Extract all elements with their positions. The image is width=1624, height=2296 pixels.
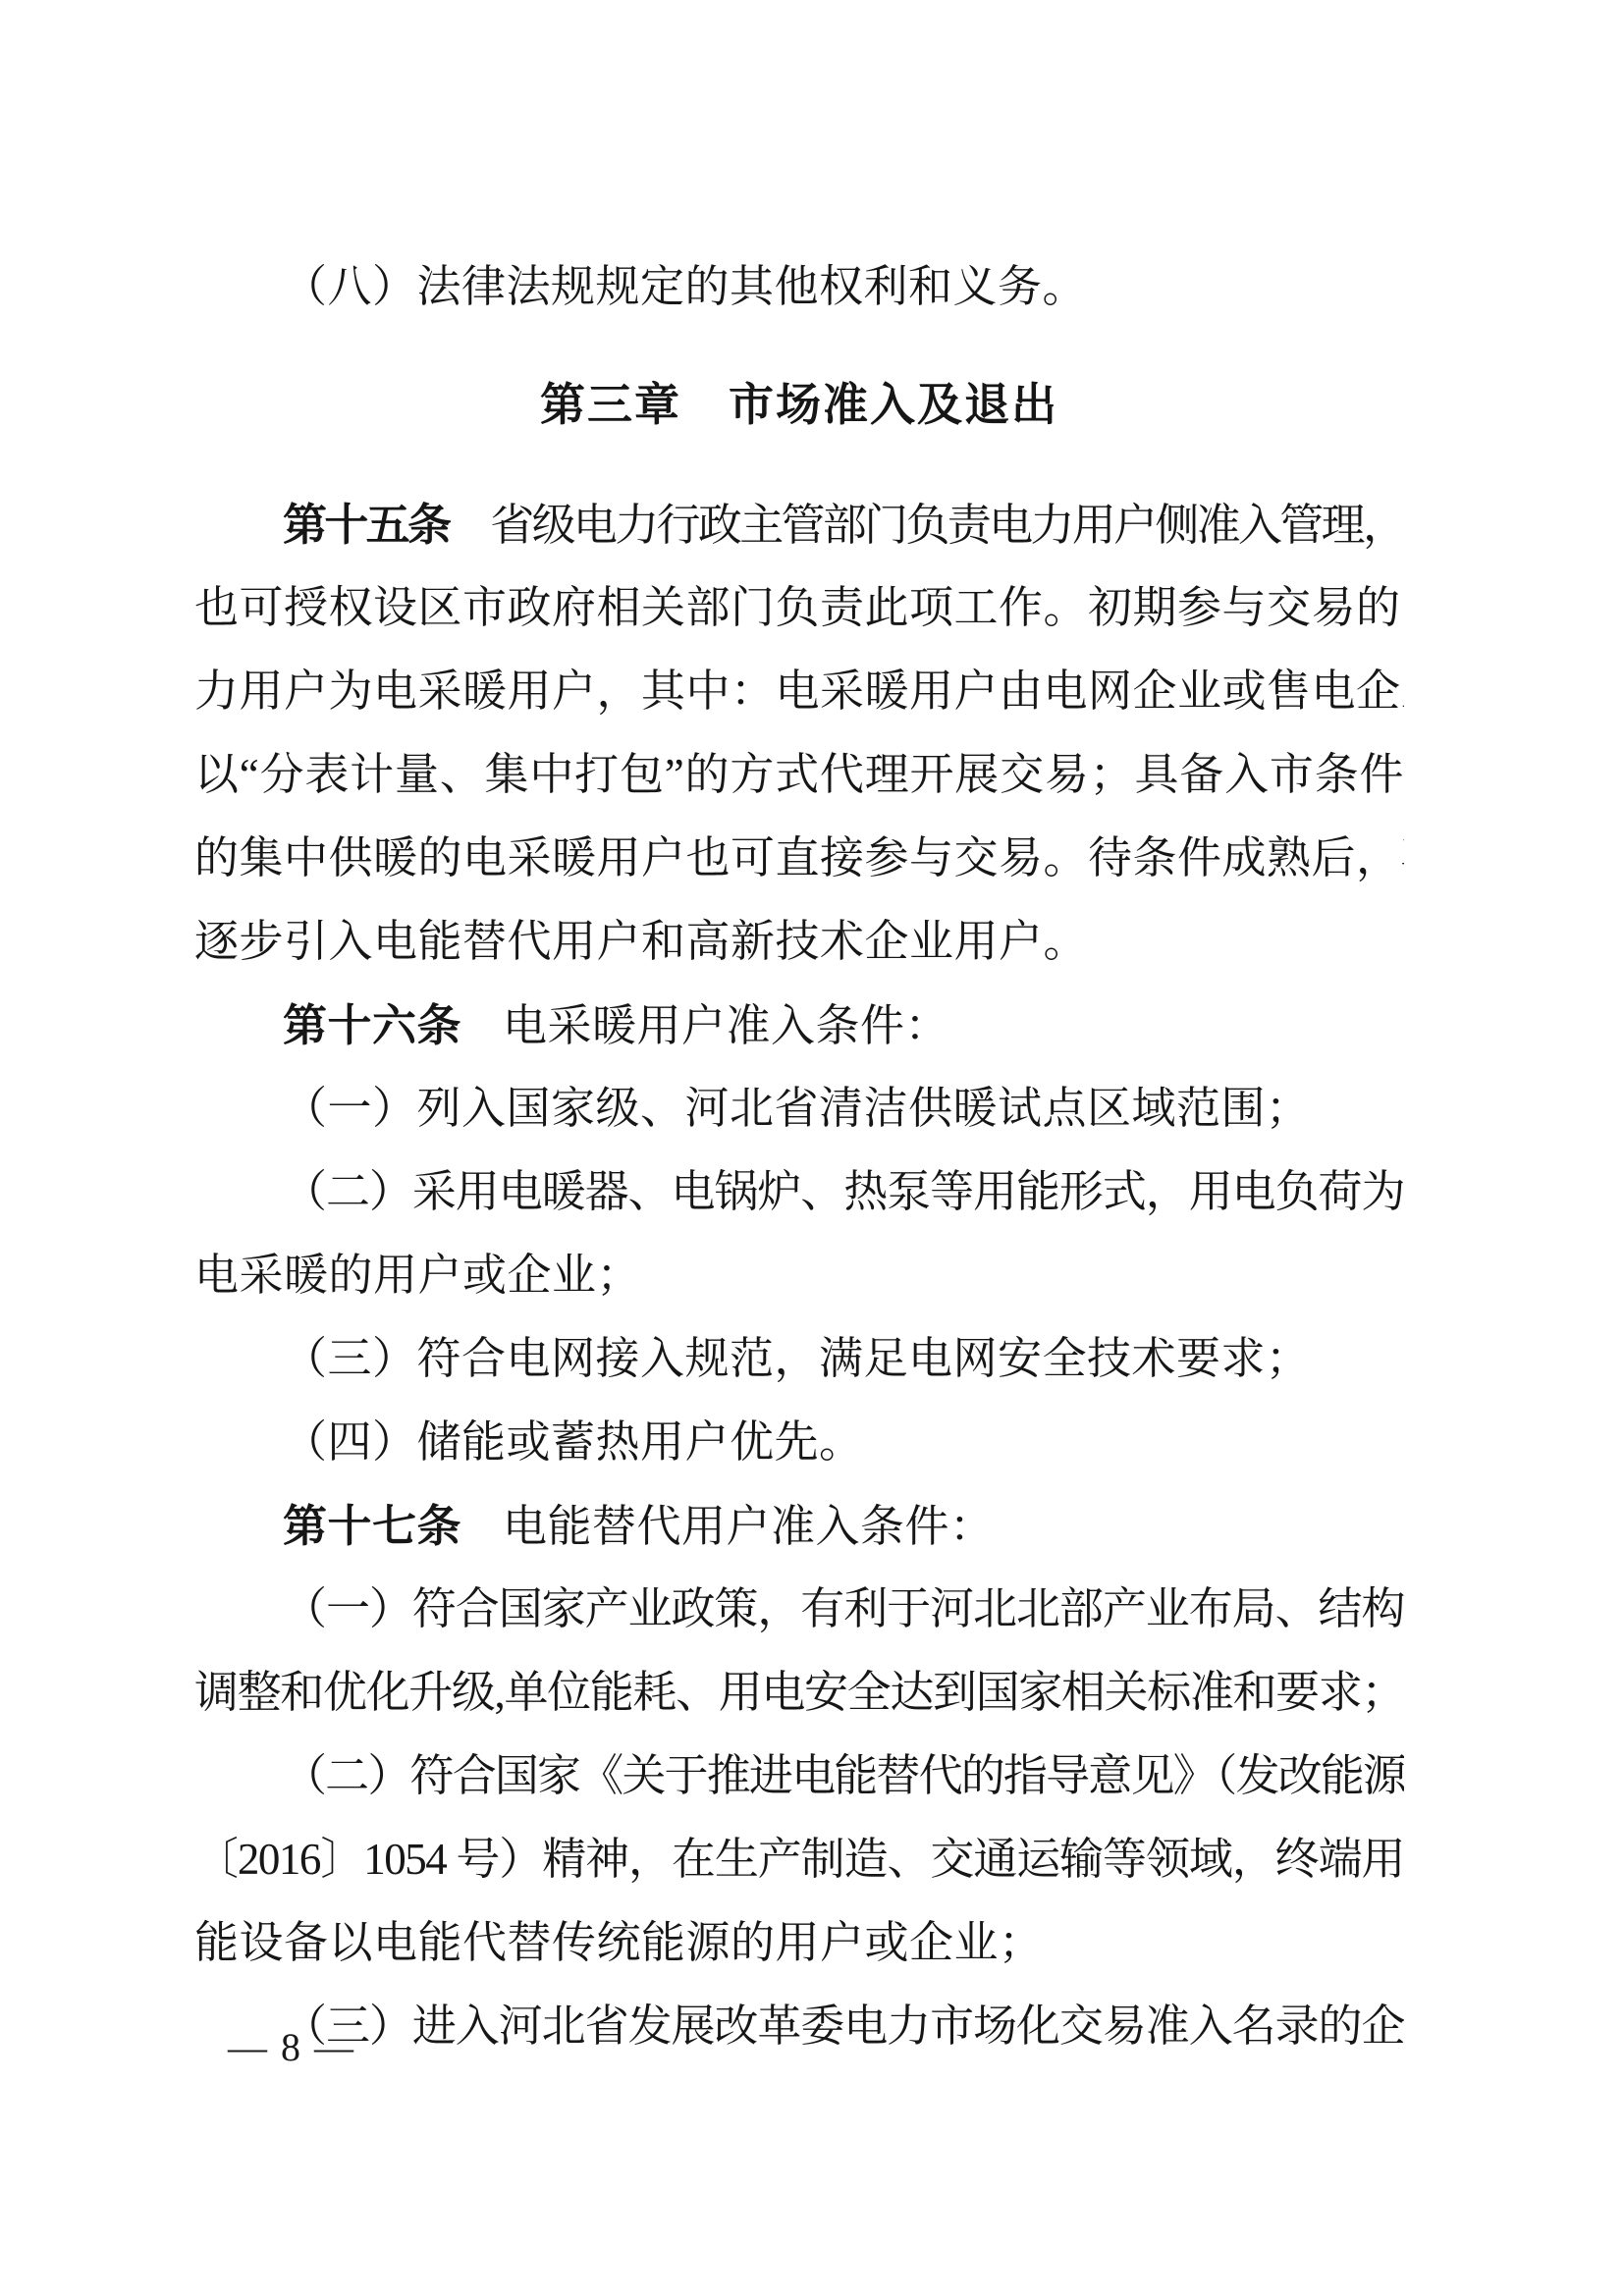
- article16-item3: （三）符合电网接入规范，满足电网安全技术要求；: [194, 1317, 1404, 1401]
- article16-item4: （四）储能或蓄热用户优先。: [194, 1401, 1404, 1484]
- chapter-heading: 第三章 市场准入及退出: [194, 363, 1404, 447]
- article16-item2-line2: 电采暖的用户或企业；: [194, 1234, 1404, 1317]
- page-number: — 8 —: [228, 2025, 355, 2070]
- article15-line2: 也可授权设区市政府相关部门负责此项工作。初期参与交易的电: [194, 566, 1404, 650]
- article17-number: 第十七条: [283, 1501, 461, 1551]
- article17-item2-line3: 能设备以电能代替传统能源的用户或企业；: [194, 1901, 1404, 1985]
- article17-heading: 第十七条电能替代用户准入条件：: [194, 1484, 1404, 1568]
- article16-title: 电采暖用户准入条件：: [503, 1001, 949, 1050]
- article15-line5: 的集中供暖的电采暖用户也可直接参与交易。待条件成熟后，再: [194, 817, 1404, 900]
- item-8-line: （八）法律法规规定的其他权利和义务。: [194, 245, 1404, 329]
- article16-item1: （一）列入国家级、河北省清洁供暖试点区域范围；: [194, 1067, 1404, 1150]
- article17-item2-line1: （二）符合国家《关于推进电能替代的指导意见》（发改能源: [194, 1735, 1404, 1818]
- article17-item1-line2: 调整和优化升级,单位能耗、用电安全达到国家相关标准和要求；: [194, 1651, 1404, 1735]
- article15-text1: 省级电力行政主管部门负责电力用户侧准入管理，: [490, 501, 1404, 550]
- article16-heading: 第十六条电采暖用户准入条件：: [194, 984, 1404, 1067]
- article17-item1-line1: （一）符合国家产业政策，有利于河北北部产业布局、结构: [194, 1568, 1404, 1651]
- article15-line1: 第十五条省级电力行政主管部门负责电力用户侧准入管理，: [194, 483, 1404, 566]
- article16-number: 第十六条: [283, 1000, 461, 1050]
- article15-line6: 逐步引入电能替代用户和高新技术企业用户。: [194, 900, 1404, 984]
- article17-item3-line1: （三）进入河北省发展改革委电力市场化交易准入名录的企: [194, 1985, 1404, 2068]
- article15-line3: 力用户为电采暖用户，其中：电采暖用户由电网企业或售电企业: [194, 650, 1404, 733]
- document-page: （八）法律法规规定的其他权利和义务。 第三章 市场准入及退出 第十五条省级电力行…: [0, 0, 1624, 2296]
- article15-line4: 以“分表计量、集中打包”的方式代理开展交易；具备入市条件: [194, 733, 1404, 817]
- article17-title: 电能替代用户准入条件：: [503, 1502, 995, 1551]
- article17-item2-line2: 〔2016〕1054 号）精神，在生产制造、交通运输等领域，终端用: [194, 1818, 1404, 1901]
- article16-item2-line1: （二）采用电暖器、电锅炉、热泵等用能形式，用电负荷为: [194, 1150, 1404, 1234]
- article15-number: 第十五条: [283, 500, 449, 550]
- document-body: （八）法律法规规定的其他权利和义务。 第三章 市场准入及退出 第十五条省级电力行…: [194, 245, 1404, 2068]
